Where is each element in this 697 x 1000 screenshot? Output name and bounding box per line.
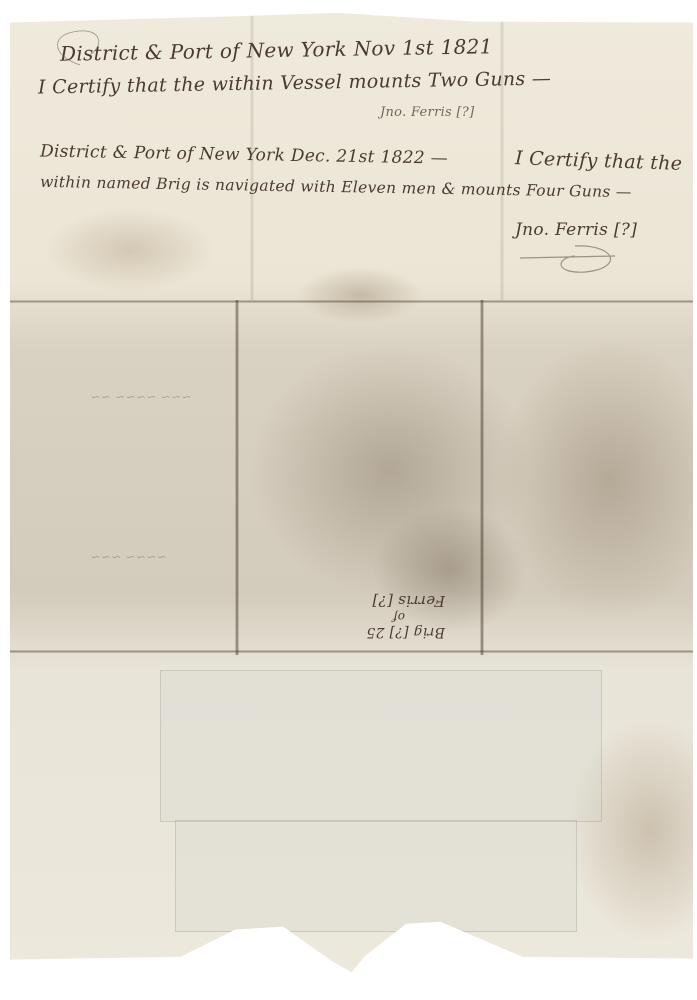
inverted-notation: Brig [?] 25 of Ferris [?] <box>275 560 445 640</box>
vertical-fold-crease-left <box>235 300 239 655</box>
endorsement-1-heading: District & Port of New York Nov 1st 1821 <box>60 34 493 66</box>
endorsement-1-signature: Jno. Ferris [?] <box>380 105 474 120</box>
inverted-notation-line-1: Brig [?] 25 <box>275 624 445 640</box>
horizontal-fold-crease-lower <box>10 650 693 653</box>
bleed-through-text: ~~~ ~~~~ ~~ <box>90 390 191 404</box>
endorsement-2-heading: District & Port of New York Dec. 21st 18… <box>40 141 448 168</box>
inverted-notation-line-3: Ferris [?] <box>275 592 445 610</box>
endorsement-2-body-line-2: within named Brig is navigated with Elev… <box>40 173 632 201</box>
document-sheet: District & Port of New York Nov 1st 1821… <box>10 10 693 980</box>
endorsement-2-body-line-1: I Certify that the <box>515 147 683 175</box>
bleed-through-text-2: ~~~~ ~~~ <box>90 550 167 564</box>
inverted-notation-line-2: of <box>275 610 445 624</box>
vertical-fold-crease-right <box>480 300 484 655</box>
horizontal-fold-crease-upper <box>10 300 693 303</box>
endorsement-2-signature: Jno. Ferris [?] <box>515 220 637 240</box>
heading-flourish-icon <box>40 25 120 75</box>
vertical-fold-crease-top-right <box>500 10 504 300</box>
bleed-through-form-lower <box>175 820 577 932</box>
bleed-through-form-upper <box>160 670 602 822</box>
signature-flourish-icon <box>515 238 625 278</box>
